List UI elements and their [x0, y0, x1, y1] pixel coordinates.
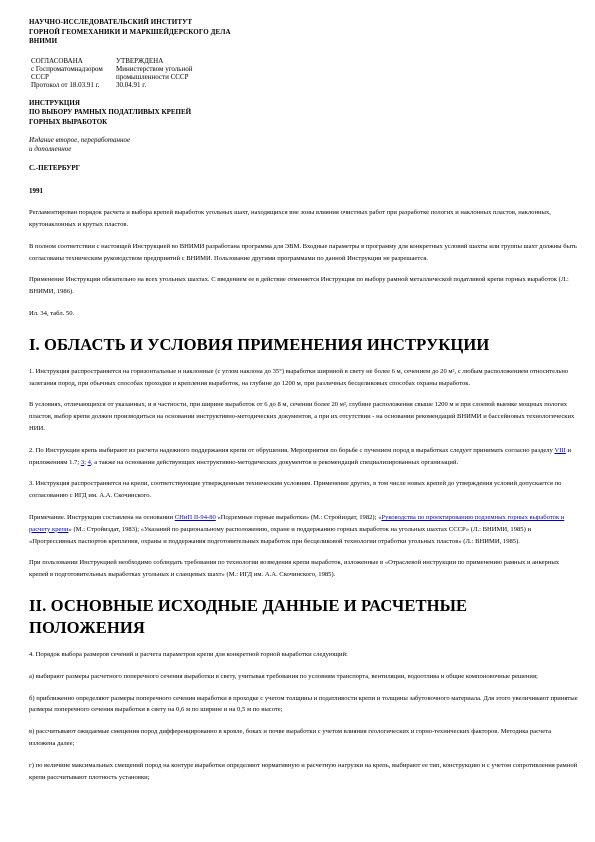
note-paragraph: Примечание. Инструкция составлена на осн… [29, 512, 579, 547]
institute-name: НАУЧНО-ИССЛЕДОВАТЕЛЬСКИЙ ИНСТИТУТ ГОРНОЙ… [29, 18, 579, 47]
section-heading-2: II. ОСНОВНЫЕ ИСХОДНЫЕ ДАННЫЕ И РАСЧЕТНЫЕ… [29, 595, 579, 639]
year: 1991 [29, 187, 579, 195]
link-section-viii[interactable]: VIII [554, 447, 565, 454]
section2-item-c: в) рассчитывают ожидаемые смещения пород… [29, 726, 579, 750]
intro-paragraph: В полном соответствии с настоящей Инстру… [29, 241, 579, 265]
document-page: НАУЧНО-ИССЛЕДОВАТЕЛЬСКИЙ ИНСТИТУТ ГОРНОЙ… [0, 0, 595, 783]
approved-by: Министерством угольной [116, 65, 316, 73]
illustrations-count: Ил. 34, табл. 50. [29, 308, 579, 320]
text: , а также на основании действующих инстр… [91, 459, 458, 466]
approved-by-cont: промышленности СССР [116, 73, 316, 81]
edition-line: Издание второе, переработанное [29, 136, 579, 145]
section1-paragraph: При пользовании Инструкцией необходимо с… [29, 557, 579, 581]
intro-paragraph: Регламентирован порядок расчета и выбора… [29, 207, 579, 231]
link-snip[interactable]: СНиП II-94-80 [175, 514, 216, 521]
agreed-label: СОГЛАСОВАНА [31, 57, 116, 65]
document-title: ИНСТРУКЦИЯ ПО ВЫБОРУ РАМНЫХ ПОДАТЛИВЫХ К… [29, 99, 579, 128]
institute-line: ГОРНОЙ ГЕОМЕХАНИКИ И МАРКШЕЙДЕРСКОГО ДЕЛ… [29, 28, 579, 38]
approved-label: УТВЕРЖДЕНА [116, 57, 316, 65]
approval-block: СОГЛАСОВАНА УТВЕРЖДЕНА с Госпроматомнадз… [31, 57, 579, 90]
section2-item-a: а) выбирают размеры расчетного поперечно… [29, 671, 579, 683]
text: Примечание. Инструкция составлена на осн… [29, 514, 175, 521]
agreed-by: с Госпроматомнадзором [31, 65, 116, 73]
institute-line: ВНИМИ [29, 37, 579, 47]
edition-line: и дополненное [29, 145, 579, 154]
edition-note: Издание второе, переработанное и дополне… [29, 136, 579, 154]
section1-paragraph: 1. Инструкция распространяется на горизо… [29, 366, 579, 390]
section2-item-b: б) приближенно определяют размеры попере… [29, 693, 579, 717]
section1-paragraph: 3. Инструкция распространяется на крепи,… [29, 478, 579, 502]
section1-paragraph-2: 2. По Инструкции крепь выбирают из расче… [29, 445, 579, 469]
text: 2. По Инструкции крепь выбирают из расче… [29, 447, 554, 454]
section-heading-1: I. ОБЛАСТЬ И УСЛОВИЯ ПРИМЕНЕНИЯ ИНСТРУКЦ… [29, 334, 579, 356]
section2-paragraph: 4. Порядок выбора размеров сечений и рас… [29, 649, 579, 661]
agreed-protocol: Протокол от 18.03.91 г. [31, 81, 116, 89]
section1-paragraph: В условиях, отличающихся от указанных, и… [29, 399, 579, 434]
agreed-by-cont: СССР [31, 73, 116, 81]
city: С.-ПЕТЕРБУРГ [29, 164, 579, 172]
title-line: ПО ВЫБОРУ РАМНЫХ ПОДАТЛИВЫХ КРЕПЕЙ [29, 108, 579, 118]
institute-line: НАУЧНО-ИССЛЕДОВАТЕЛЬСКИЙ ИНСТИТУТ [29, 18, 579, 28]
text: » (М.: Стройиздат, 1983); «Указаний по р… [29, 526, 531, 545]
section2-item-d: г) по величине максимальных смещений пор… [29, 760, 579, 784]
title-line: ГОРНЫХ ВЫРАБОТОК [29, 118, 579, 128]
approved-date: 30.04.91 г. [116, 81, 316, 89]
text: «Подземные горные выработки» (М.: Стройи… [216, 514, 382, 521]
title-line: ИНСТРУКЦИЯ [29, 99, 579, 109]
intro-paragraph: Применение Инструкции обязательно на все… [29, 274, 579, 298]
